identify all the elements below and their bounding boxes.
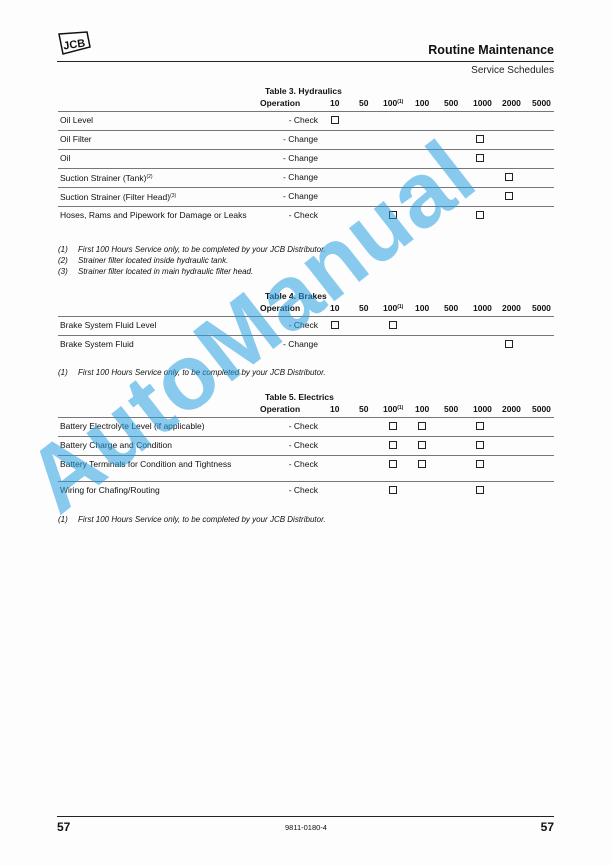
- column-header-hours: 100: [415, 303, 429, 313]
- column-header-hours: 5000: [532, 404, 551, 414]
- row-item: Wiring for Chafing/Routing: [60, 485, 255, 496]
- table-row: Battery Electrolyte Level (if applicable…: [58, 417, 554, 437]
- column-header-hours: 2000: [502, 303, 521, 313]
- section-title: Routine Maintenance: [428, 43, 554, 57]
- checkbox[interactable]: [505, 192, 513, 200]
- footnote-number: (2): [58, 255, 68, 266]
- row-item: Oil Level: [60, 115, 255, 126]
- footnotes: (1)First 100 Hours Service only, to be c…: [58, 514, 326, 525]
- column-header-hours: 100: [415, 98, 429, 108]
- footnote: (3)Strainer filter located in main hydra…: [58, 266, 326, 277]
- footnote-ref: (1): [397, 99, 403, 105]
- row-operation: - Check: [248, 485, 318, 495]
- column-header-operation: Operation: [260, 98, 300, 108]
- row-item: Suction Strainer (Filter Head)(3): [60, 191, 255, 203]
- checkbox[interactable]: [389, 486, 397, 494]
- table-row: Brake System Fluid- Change: [58, 335, 554, 355]
- checkbox[interactable]: [418, 422, 426, 430]
- table-row: Suction Strainer (Filter Head)(3)- Chang…: [58, 187, 554, 207]
- document-number: 9811-0180-4: [0, 823, 612, 832]
- column-header-operation: Operation: [260, 404, 300, 414]
- column-header-hours: 10: [330, 98, 339, 108]
- table-header: Operation1050100(1)100500100020005000: [58, 404, 554, 416]
- footnote-text: Strainer filter located in main hydrauli…: [78, 267, 253, 276]
- footnote-text: First 100 Hours Service only, to be comp…: [78, 245, 326, 254]
- checkbox[interactable]: [476, 154, 484, 162]
- checkbox[interactable]: [389, 441, 397, 449]
- row-item: Hoses, Rams and Pipework for Damage or L…: [60, 210, 255, 221]
- footnote: (2)Strainer filter located inside hydrau…: [58, 255, 326, 266]
- table-row: Battery Charge and Condition- Check: [58, 436, 554, 456]
- checkbox[interactable]: [331, 321, 339, 329]
- row-item: Battery Electrolyte Level (if applicable…: [60, 421, 255, 432]
- jcb-logo: JCB: [57, 31, 91, 55]
- column-header-hours: 1000: [473, 303, 492, 313]
- checkbox[interactable]: [476, 135, 484, 143]
- footnotes: (1)First 100 Hours Service only, to be c…: [58, 367, 326, 378]
- footnote-number: (3): [58, 266, 68, 277]
- svg-text:JCB: JCB: [63, 38, 87, 53]
- column-header-hours: 500: [444, 303, 458, 313]
- column-header-hours: 1000: [473, 98, 492, 108]
- table-row: Wiring for Chafing/Routing- Check: [58, 481, 554, 501]
- table-header: Operation1050100(1)100500100020005000: [58, 303, 554, 315]
- footnote: (1)First 100 Hours Service only, to be c…: [58, 514, 326, 525]
- checkbox[interactable]: [476, 486, 484, 494]
- column-header-hours: 50: [359, 404, 368, 414]
- footnote: (1)First 100 Hours Service only, to be c…: [58, 244, 326, 255]
- table-row: Oil Level- Check: [58, 111, 554, 131]
- row-operation: - Check: [248, 115, 318, 125]
- checkbox[interactable]: [418, 441, 426, 449]
- checkbox[interactable]: [389, 211, 397, 219]
- column-header-operation: Operation: [260, 303, 300, 313]
- column-header-hours: 100: [415, 404, 429, 414]
- column-header-hours: 5000: [532, 303, 551, 313]
- footnote-number: (1): [58, 244, 68, 255]
- footnote-ref: (2): [146, 174, 152, 180]
- row-item: Brake System Fluid Level: [60, 320, 255, 331]
- footnotes: (1)First 100 Hours Service only, to be c…: [58, 244, 326, 277]
- column-header-hours: 100(1): [383, 303, 403, 313]
- footnote-text: First 100 Hours Service only, to be comp…: [78, 515, 326, 524]
- page-number-right: 57: [541, 820, 554, 834]
- row-operation: - Check: [248, 459, 318, 469]
- row-item: Oil Filter: [60, 134, 255, 145]
- table-row: Oil- Change: [58, 149, 554, 169]
- row-operation: - Change: [248, 134, 318, 144]
- row-item: Oil: [60, 153, 255, 164]
- section-subtitle: Service Schedules: [471, 65, 554, 76]
- checkbox[interactable]: [389, 460, 397, 468]
- checkbox[interactable]: [389, 321, 397, 329]
- row-operation: - Change: [248, 172, 318, 182]
- footnote-number: (1): [58, 514, 68, 525]
- column-header-hours: 10: [330, 303, 339, 313]
- checkbox[interactable]: [389, 422, 397, 430]
- footnote-ref: (3): [170, 193, 176, 199]
- checkbox[interactable]: [331, 116, 339, 124]
- column-header-hours: 500: [444, 404, 458, 414]
- checkbox[interactable]: [505, 173, 513, 181]
- footnote-text: First 100 Hours Service only, to be comp…: [78, 368, 326, 377]
- table-header: Operation1050100(1)100500100020005000: [58, 98, 554, 110]
- footnote-ref: (1): [397, 405, 403, 411]
- checkbox[interactable]: [476, 211, 484, 219]
- row-operation: - Change: [248, 339, 318, 349]
- table-row: Battery Terminals for Condition and Tigh…: [58, 455, 554, 482]
- checkbox[interactable]: [418, 460, 426, 468]
- footer-divider: [57, 816, 554, 817]
- column-header-hours: 50: [359, 98, 368, 108]
- column-header-hours: 2000: [502, 98, 521, 108]
- checkbox[interactable]: [476, 441, 484, 449]
- header-divider: [57, 61, 554, 62]
- row-operation: - Change: [248, 153, 318, 163]
- table-title: Table 3. Hydraulics: [265, 86, 342, 96]
- row-item: Suction Strainer (Tank)(2): [60, 172, 255, 184]
- row-item: Battery Terminals for Condition and Tigh…: [60, 459, 255, 470]
- column-header-hours: 100(1): [383, 404, 403, 414]
- row-operation: - Check: [248, 320, 318, 330]
- table-row: Hoses, Rams and Pipework for Damage or L…: [58, 206, 554, 233]
- row-item: Battery Charge and Condition: [60, 440, 255, 451]
- column-header-hours: 1000: [473, 404, 492, 414]
- row-operation: - Check: [248, 421, 318, 431]
- checkbox[interactable]: [476, 460, 484, 468]
- footnote: (1)First 100 Hours Service only, to be c…: [58, 367, 326, 378]
- checkbox[interactable]: [505, 340, 513, 348]
- column-header-hours: 100(1): [383, 98, 403, 108]
- footnote-number: (1): [58, 367, 68, 378]
- table-row: Suction Strainer (Tank)(2)- Change: [58, 168, 554, 188]
- checkbox[interactable]: [476, 422, 484, 430]
- column-header-hours: 10: [330, 404, 339, 414]
- footnote-ref: (1): [397, 304, 403, 310]
- table-row: Brake System Fluid Level- Check: [58, 316, 554, 336]
- row-operation: - Change: [248, 191, 318, 201]
- column-header-hours: 5000: [532, 98, 551, 108]
- column-header-hours: 50: [359, 303, 368, 313]
- row-item: Brake System Fluid: [60, 339, 255, 350]
- column-header-hours: 2000: [502, 404, 521, 414]
- row-operation: - Check: [248, 440, 318, 450]
- footnote-text: Strainer filter located inside hydraulic…: [78, 256, 228, 265]
- table-title: Table 4. Brakes: [265, 291, 327, 301]
- row-operation: - Check: [248, 210, 318, 220]
- table-row: Oil Filter- Change: [58, 130, 554, 150]
- table-title: Table 5. Electrics: [265, 392, 334, 402]
- column-header-hours: 500: [444, 98, 458, 108]
